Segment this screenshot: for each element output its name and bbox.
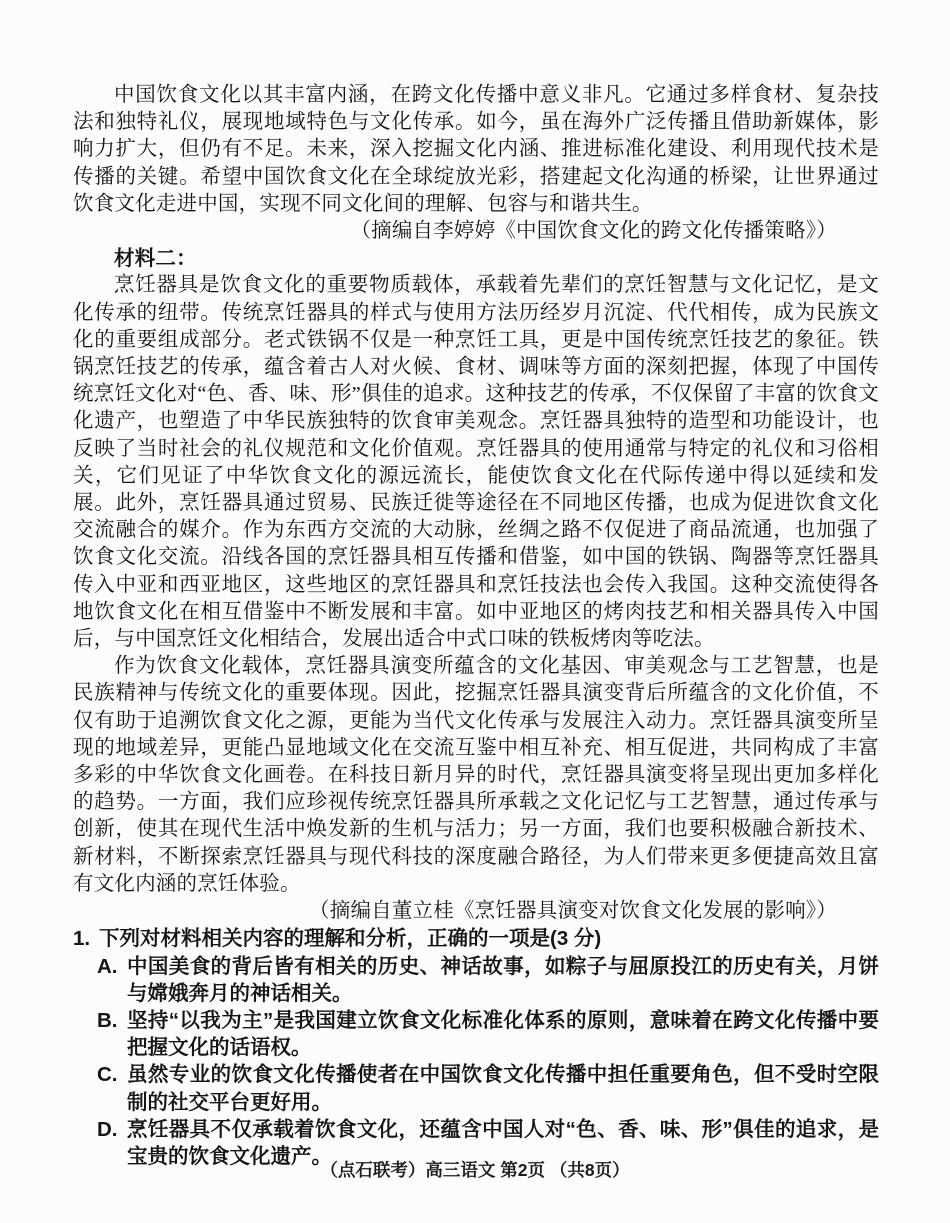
material-one-attribution: （摘编自李婷婷《中国饮食文化的跨文化传播策略》） [73,218,879,245]
option-c-text: 虽然专业的饮食文化传播使者在中国饮食文化传播中担任重要角色，但不受时空限制的社交… [127,1061,879,1115]
question-1-stem: 下列对材料相关内容的理解和分析，正确的一项是(3 分) [99,925,879,952]
option-a-text: 中国美食的背后皆有相关的历史、神话故事，如粽子与屈原投江的历史有关，月饼与嫦娥奔… [127,953,879,1007]
page-content: 中国饮食文化以其丰富内涵，在跨文化传播中意义非凡。它通过多样食材、复杂技法和独特… [73,82,879,1170]
material-two-heading: 材料二： [73,245,879,272]
question-1-stem-row: 1. 下列对材料相关内容的理解和分析，正确的一项是(3 分) [73,925,879,952]
material-two-attribution: （摘编自董立桂《烹饪器具演变对饮食文化发展的影响》） [73,898,879,925]
material-two-section: 材料二： 烹饪器具是饮食文化的重要物质载体，承载着先辈们的烹饪智慧与文化记忆，是… [73,245,879,925]
exam-page: 中国饮食文化以其丰富内涵，在跨文化传播中意义非凡。它通过多样食材、复杂技法和独特… [0,0,950,1223]
page-footer: （点石联考）高三语文 第2页 （共8页） [0,1157,950,1182]
option-c-label: C. [97,1061,127,1115]
question-1-option-c: C. 虽然专业的饮食文化传播使者在中国饮食文化传播中担任重要角色，但不受时空限制… [97,1061,879,1115]
option-b-text: 坚持“以我为主”是我国建立饮食文化标准化体系的原则，意味着在跨文化传播中要把握文… [127,1007,879,1061]
material-two-paragraph-2: 作为饮食文化载体，烹饪器具演变所蕴含的文化基因、审美观念与工艺智慧，也是民族精神… [73,653,879,898]
question-1: 1. 下列对材料相关内容的理解和分析，正确的一项是(3 分) A. 中国美食的背… [73,925,879,1170]
material-two-paragraph-1: 烹饪器具是饮食文化的重要物质载体，承载着先辈们的烹饪智慧与文化记忆，是文化传承的… [73,272,879,653]
question-1-option-b: B. 坚持“以我为主”是我国建立饮食文化标准化体系的原则，意味着在跨文化传播中要… [97,1007,879,1061]
material-one-paragraph: 中国饮食文化以其丰富内涵，在跨文化传播中意义非凡。它通过多样食材、复杂技法和独特… [73,82,879,218]
material-one-section: 中国饮食文化以其丰富内涵，在跨文化传播中意义非凡。它通过多样食材、复杂技法和独特… [73,82,879,245]
question-1-number: 1. [73,925,99,952]
option-a-label: A. [97,953,127,1007]
question-1-option-a: A. 中国美食的背后皆有相关的历史、神话故事，如粽子与屈原投江的历史有关，月饼与… [97,953,879,1007]
option-b-label: B. [97,1007,127,1061]
